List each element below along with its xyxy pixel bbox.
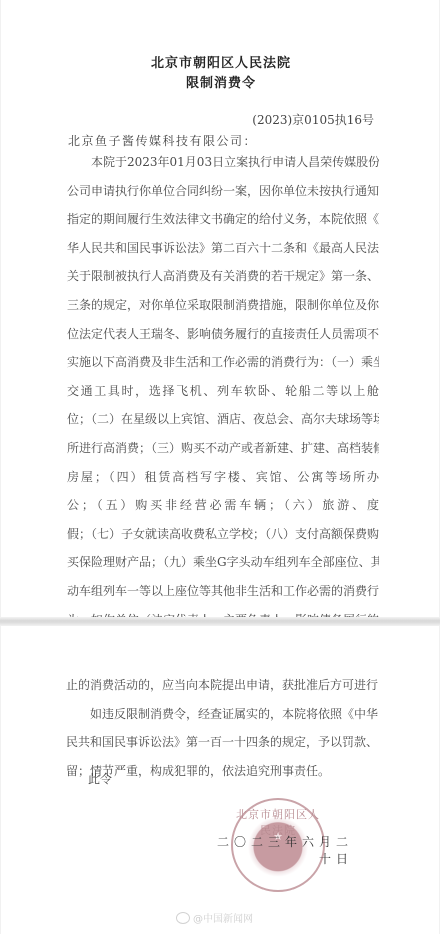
page-separator (0, 617, 440, 626)
text-line: 如违反限制消费令，经查证属实的，本院将依照《中华人 (66, 700, 378, 729)
text-line: 留；情节严重，构成犯罪的，依法追究刑事责任。 (66, 757, 378, 786)
text-line: 位法定代表人王瑞冬、影响债务履行的直接责任人员需项不得 (67, 320, 379, 349)
closing-phrase: 此令 (88, 770, 112, 787)
text-line: 房屋；（四）租赁高档写字楼、宾馆、公寓等场所办 (67, 463, 379, 492)
text-line: 动车组列车一等以上座位等其他非生活和工作必需的消费行 (67, 577, 379, 606)
text-line: 指定的期间履行生效法律文书确定的给付义务，本院依照《中 (67, 205, 379, 234)
text-line: 止的消费活动的，应当向本院提出申请，获批准后方可进行。 (66, 671, 378, 700)
order-body-page-1: 本院于2023年01月03日立案执行申请人昌荣传媒股份有限 公司申请执行你单位合… (67, 148, 379, 691)
text-line: 实施以下高消费及非生活和工作必需的消费行为：（一）乘坐 (67, 348, 379, 377)
text-line: 位；（二）在星级以上宾馆、酒店、夜总会、高尔夫球场等场 (67, 405, 379, 434)
issue-date: 二〇二三年六月二十日 (215, 833, 353, 867)
text-line: 公；（五）购买非经营必需车辆；（六）旅游、度 (67, 491, 379, 520)
document-page-1: 北京市朝阳区人民法院 限制消费令 (2023)京0105执16号 北京鱼子酱传媒… (0, 0, 440, 617)
text-line: 公司申请执行你单位合同纠纷一案，因你单位未按执行通知书 (67, 177, 379, 206)
text-line: 所进行高消费；（三）购买不动产或者新建、扩建、高档装修 (67, 434, 379, 463)
text-line: 民共和国民事诉讼法》第一百一十四条的规定，予以罚款、拘 (66, 728, 378, 757)
order-body-page-2: 止的消费活动的，应当向本院提出申请，获批准后方可进行。 如违反限制消费令，经查证… (66, 671, 378, 785)
text-line: 交通工具时，选择飞机、列车软卧、轮船二等以上舱 (67, 377, 379, 406)
watermark-text: @中国新闻网 (193, 910, 253, 925)
source-watermark: @中国新闻网 (176, 910, 253, 925)
case-number: (2023)京0105执16号 (252, 111, 374, 128)
addressee: 北京鱼子酱传媒科技有限公司： (68, 132, 257, 149)
weibo-icon (176, 912, 190, 924)
text-line: 本院于2023年01月03日立案执行申请人昌荣传媒股份有限 (67, 148, 379, 177)
text-line: 买保险理财产品；（九）乘坐G字头动车组列车全部座位、其他 (67, 548, 379, 577)
text-line: 华人民共和国民事诉讼法》第二百六十二条和《最高人民法院 (67, 234, 379, 263)
text-line: 关于限制被执行人高消费及有关消费的若干规定》第一条、第 (67, 262, 379, 291)
text-line: 三条的规定，对你单位采取限制消费措施，限制你单位及你单 (67, 291, 379, 320)
order-title: 限制消费令 (1, 72, 440, 91)
text-line: 假；（七）子女就读高收费私立学校；（八）支付高额保费购 (67, 520, 379, 549)
court-name: 北京市朝阳区人民法院 (1, 52, 440, 71)
